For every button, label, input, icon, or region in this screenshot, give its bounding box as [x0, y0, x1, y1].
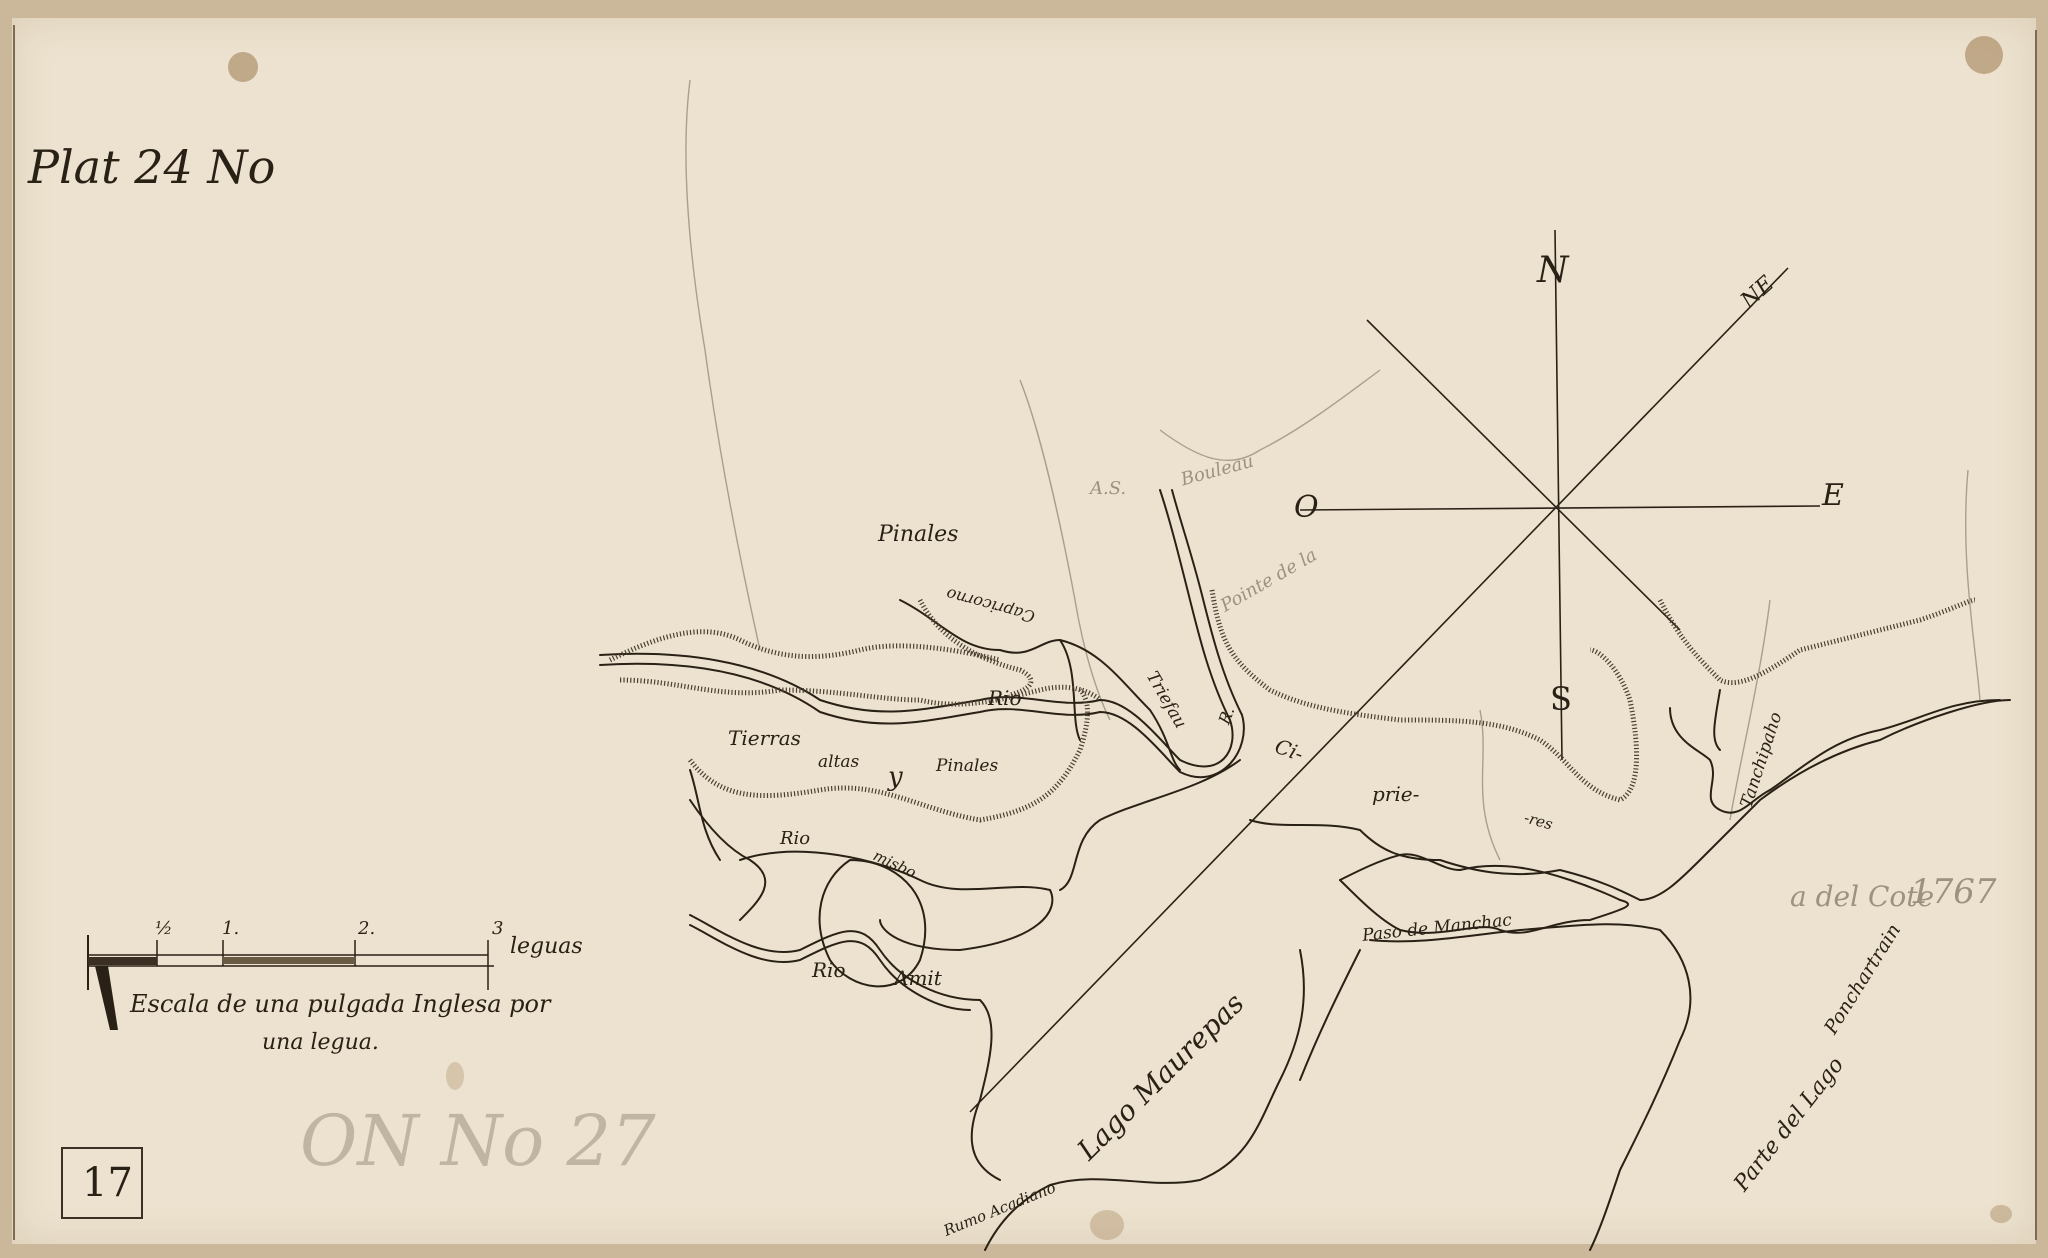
- river-misbo: [690, 760, 1240, 920]
- label-altas: altas: [818, 752, 859, 772]
- label-pinales-mid: Pinales: [936, 756, 998, 776]
- scale-caption-1: Escala de una pulgada Inglesa por: [130, 990, 550, 1018]
- label-y: y: [888, 762, 903, 792]
- plate-note: Plat 24 No: [28, 140, 275, 194]
- scale-unit: leguas: [510, 934, 583, 959]
- scale-tick-1: 1.: [222, 918, 239, 939]
- label-tierras: Tierras: [728, 726, 801, 750]
- compass-south: S: [1550, 680, 1572, 718]
- compass-north: N: [1537, 250, 1569, 291]
- scale-tick-2: 2.: [358, 918, 375, 939]
- scale-tick-3: 3: [492, 918, 503, 939]
- pencil-note-margin: a del Cote: [1790, 880, 1934, 913]
- label-rio-amit: Rio: [812, 958, 846, 982]
- label-rio-misbo: Rio: [780, 828, 810, 849]
- scale-tick-half: ½: [155, 918, 172, 939]
- compass-east: E: [1822, 478, 1844, 513]
- ridge-hatching: [610, 590, 1975, 820]
- map-drawing: [0, 0, 2048, 1258]
- river-trefau: [900, 600, 1180, 770]
- label-cipres-2: prie-: [1372, 782, 1419, 806]
- pencil-catalog-note: ON No 27: [300, 1100, 656, 1182]
- scale-caption-2: una legua.: [262, 1030, 379, 1055]
- label-pinales-top: Pinales: [878, 522, 958, 547]
- compass-rose: [970, 230, 1820, 1112]
- catalog-number: 17: [82, 1160, 133, 1206]
- pencil-note-as: A.S.: [1090, 478, 1126, 499]
- label-amit: Amit: [894, 966, 942, 990]
- river-tangipahoa: [1670, 690, 2000, 813]
- label-rio-top: Rio: [988, 686, 1022, 710]
- compass-west: O: [1294, 490, 1319, 525]
- river-amite: [690, 852, 1052, 1180]
